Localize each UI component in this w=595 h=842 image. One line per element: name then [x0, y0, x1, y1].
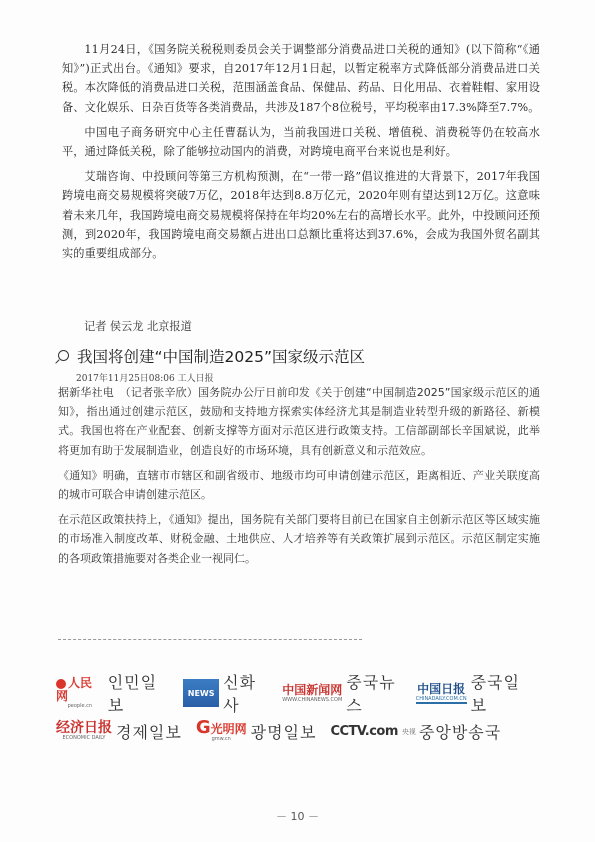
chinanews-logo: 中国新闻网 WWW.CHINANEWS.COM: [282, 684, 342, 703]
economic-daily-logo: 经济日报 ECONOMIC DAILY: [56, 722, 112, 741]
logo-row-2: 经济日报 ECONOMIC DAILY 경제일보 G光明网 gmw.cn 광명일…: [56, 720, 546, 743]
article2-title: 我国将创建“中国制造2025”国家级示范区: [77, 345, 365, 367]
korean-label: 신화사: [223, 670, 272, 716]
article2-paragraph: 在示范区政策扶持上，《通知》提出，国务院有关部门要将目前已在国家自主创新示范区等…: [58, 510, 540, 568]
korean-label: 광명일보: [251, 720, 317, 743]
korean-label: 경제일보: [116, 720, 182, 743]
xinhua-logo: NEWS: [183, 679, 219, 707]
people-dot-icon: [56, 679, 66, 689]
logo-row-1: 人民网 people.cn 인민일보 NEWS 신화사 中国新闻网 WWW.CH…: [56, 670, 546, 716]
cctv-sub: 央视: [402, 729, 416, 735]
search-icon: [58, 350, 69, 361]
korean-label: 중앙방송국: [419, 720, 501, 743]
korean-label: 인민일보: [108, 670, 173, 716]
article2-header: 我国将创建“中国制造2025”国家级示范区: [58, 345, 365, 367]
article1-paragraph: 11月24日，《国务院关税税则委员会关于调整部分消费品进口关税的通知》(以下简称…: [62, 40, 540, 117]
article2-paragraph: 据新华社电 （记者张辛欣）国务院办公厅日前印发《关于创建“中国制造2025”国家…: [58, 383, 540, 460]
gmw-logo: G光明网 gmw.cn: [196, 721, 247, 742]
document-page: 11月24日，《国务院关税税则委员会关于调整部分消费品进口关税的通知》(以下简称…: [0, 0, 595, 842]
article1-body: 11月24日，《国务院关税税则委员会关于调整部分消费品进口关税的通知》(以下简称…: [62, 40, 540, 263]
cctv-logo: CCTV.com: [330, 724, 397, 739]
chinadaily-logo: 中国日报 CHINADAILY.COM.CN: [416, 683, 467, 704]
page-number: － 10 －: [0, 808, 595, 824]
article1-paragraph: 中国电子商务研究中心主任曹磊认为，当前我国进口关税、增值税、消费税等仍在较高水平…: [62, 123, 540, 161]
article1-byline: 记者 侯云龙 北京报道: [84, 318, 192, 334]
article2-paragraph: 《通知》明确，直辖市市辖区和副省级市、地级市均可申请创建示范区，距离相近、产业关…: [58, 466, 540, 504]
people-logo: 人民网 people.cn: [56, 677, 104, 709]
article1-paragraph: 艾瑞咨询、中投顾问等第三方机构预测，在“一带一路”倡议推进的大背景下，2017年…: [62, 167, 540, 263]
divider: [58, 639, 362, 640]
korean-label: 중국일보: [471, 670, 536, 716]
korean-label: 중국뉴스: [346, 670, 411, 716]
article2-body: 据新华社电 （记者张辛欣）国务院办公厅日前印发《关于创建“中国制造2025”国家…: [58, 383, 540, 568]
